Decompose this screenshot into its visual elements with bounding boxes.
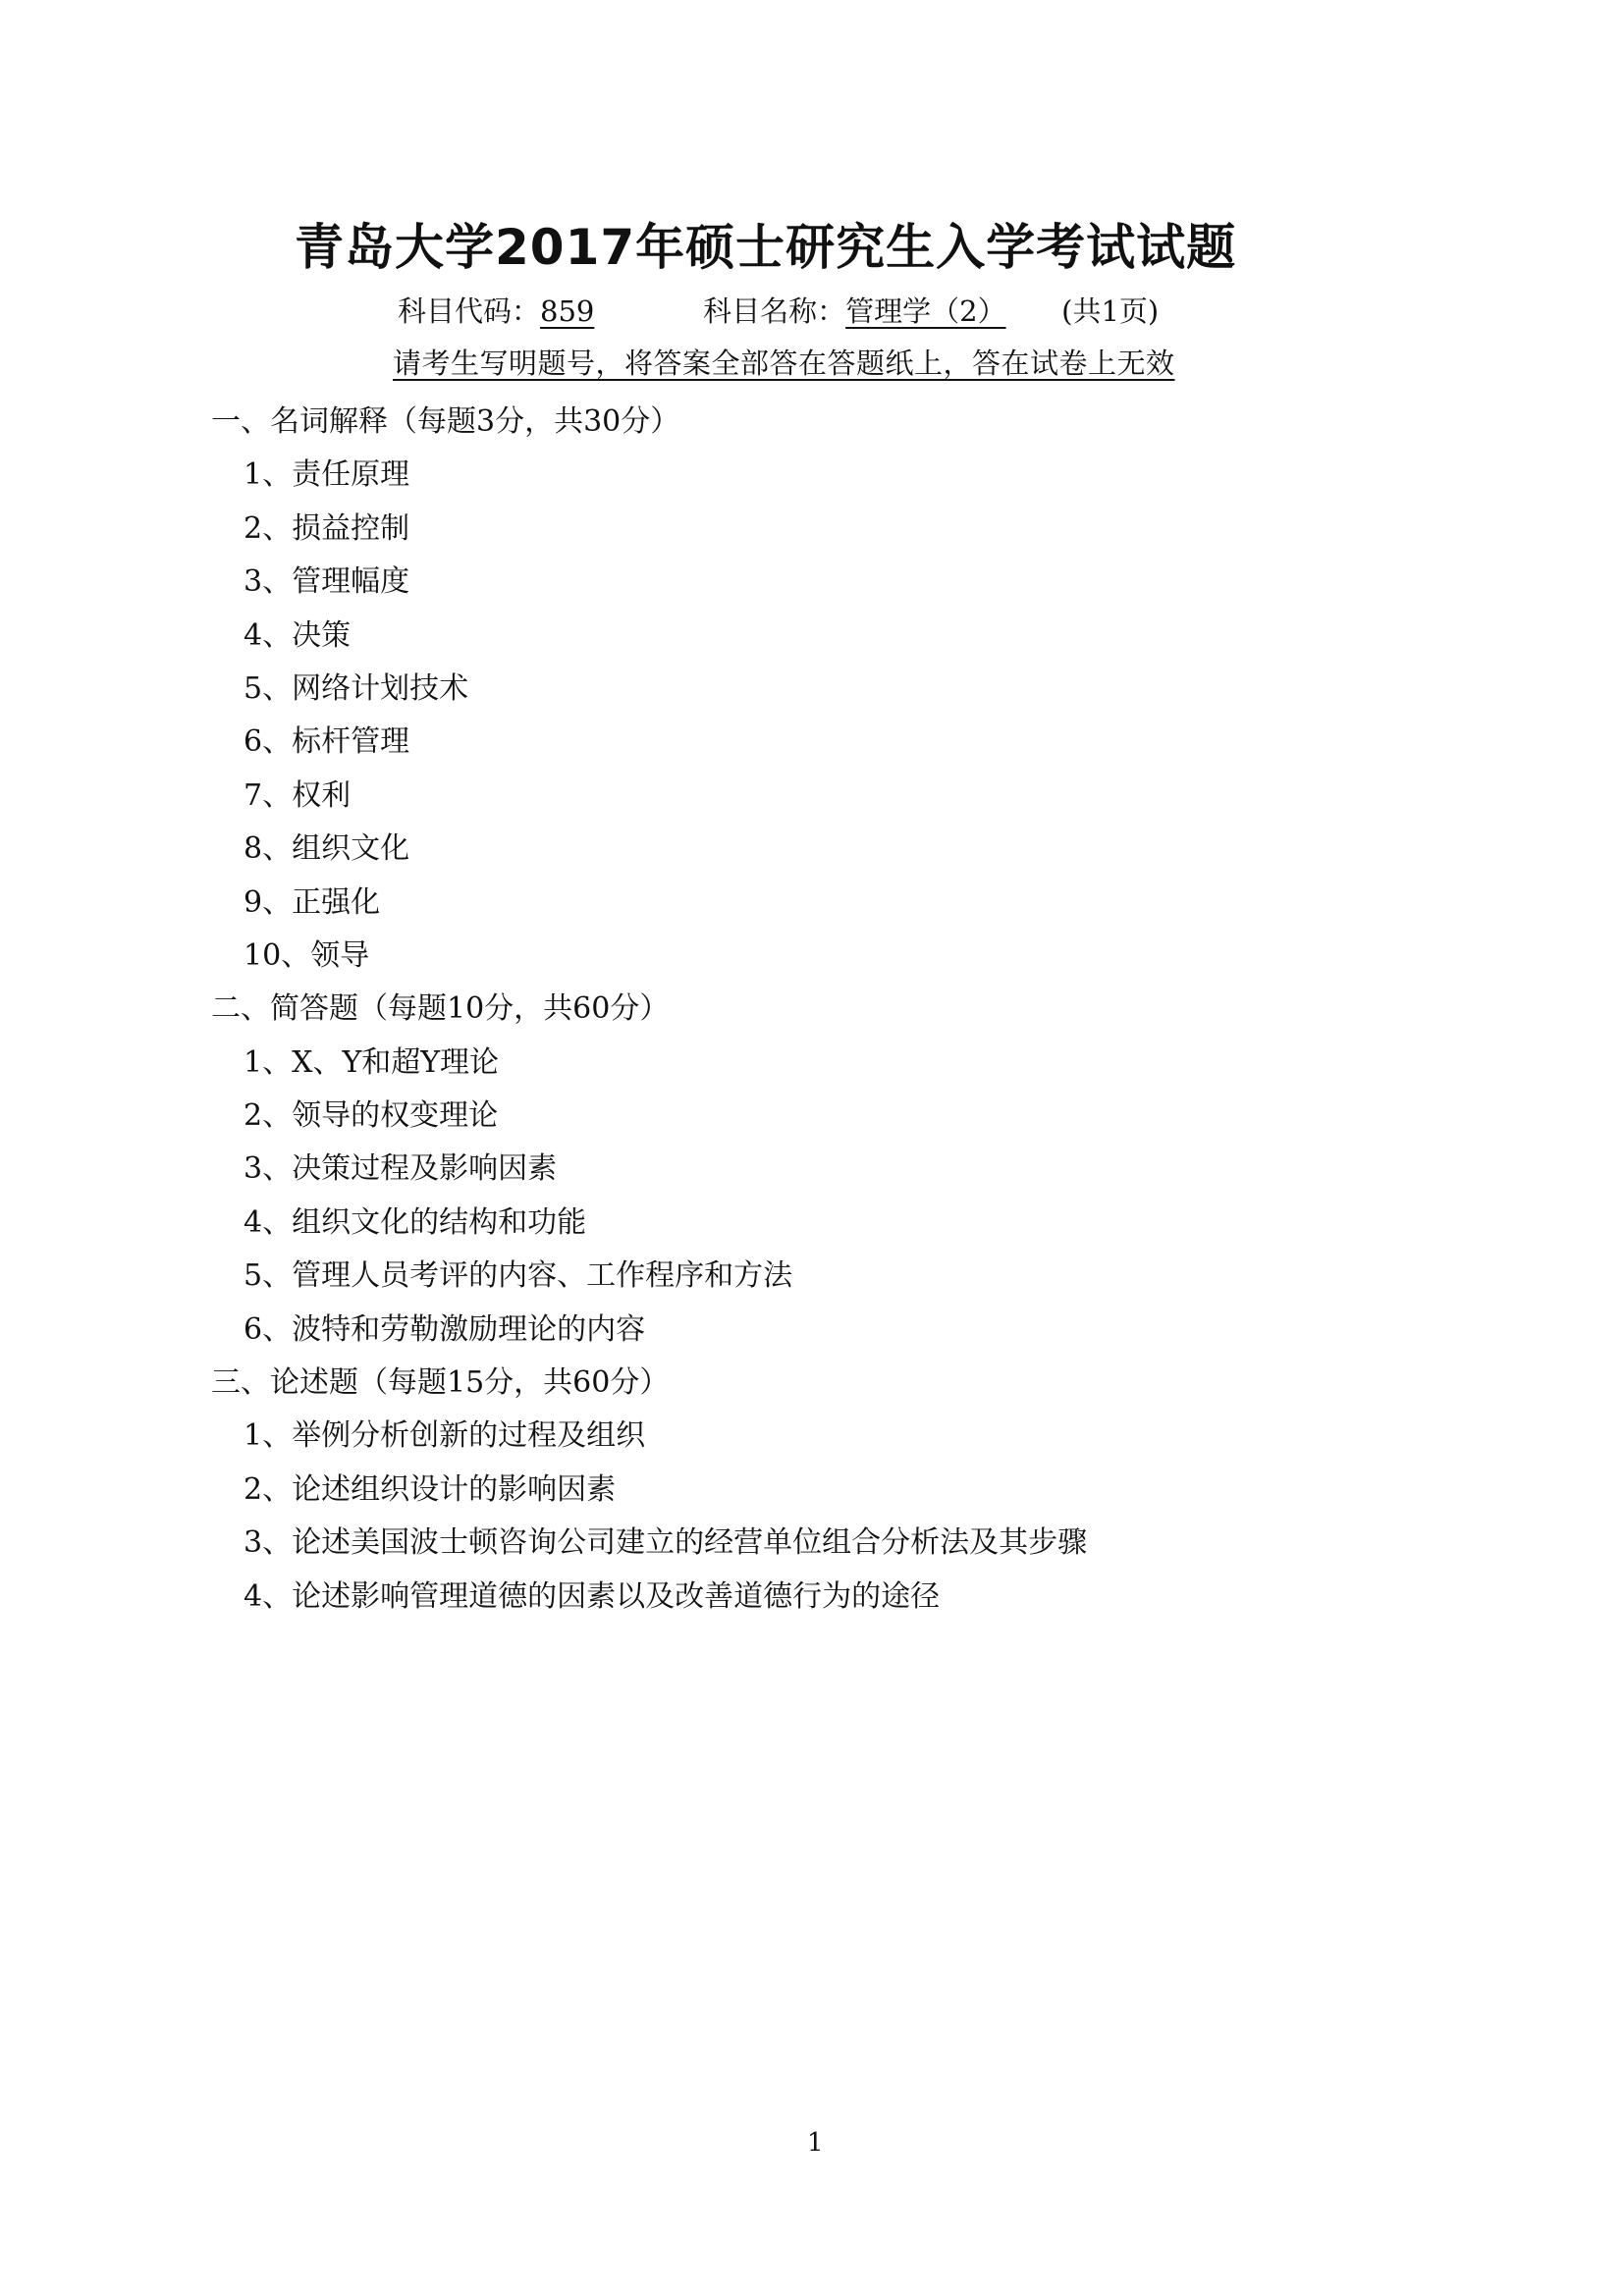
question-item: 1、责任原理 xyxy=(211,449,1087,502)
exam-instruction: 请考生写明题号，将答案全部答在答题纸上，答在试卷上无效 xyxy=(393,342,1175,382)
question-item: 3、管理幅度 xyxy=(211,556,1087,609)
page-number: 1 xyxy=(807,2128,824,2158)
question-item: 1、举例分析创新的过程及组织 xyxy=(211,1410,1087,1463)
question-item: 6、波特和劳勒激励理论的内容 xyxy=(211,1304,1087,1357)
section-heading: 二、简答题（每题10分，共60分） xyxy=(211,983,1087,1036)
question-item: 3、论述美国波士顿咨询公司建立的经营单位组合分析法及其步骤 xyxy=(211,1517,1087,1570)
question-item: 4、决策 xyxy=(211,610,1087,663)
question-item: 2、领导的权变理论 xyxy=(211,1090,1087,1143)
exam-title: 青岛大学2017年硕士研究生入学考试试题 xyxy=(295,208,1236,279)
question-item: 4、论述影响管理道德的因素以及改善道德行为的途径 xyxy=(211,1571,1087,1624)
question-item: 7、权利 xyxy=(211,770,1087,823)
question-item: 5、管理人员考评的内容、工作程序和方法 xyxy=(211,1250,1087,1303)
question-item: 3、决策过程及影响因素 xyxy=(211,1143,1087,1196)
section-heading: 三、论述题（每题15分，共60分） xyxy=(211,1357,1087,1410)
question-item: 1、X、Y和超Y理论 xyxy=(211,1037,1087,1090)
question-item: 5、网络计划技术 xyxy=(211,663,1087,716)
page-count: (共1页) xyxy=(1061,294,1159,328)
question-item: 2、损益控制 xyxy=(211,503,1087,556)
question-item: 4、组织文化的结构和功能 xyxy=(211,1197,1087,1250)
subject-code-label: 科目代码： xyxy=(398,294,540,328)
question-item: 8、组织文化 xyxy=(211,823,1087,876)
question-item: 2、论述组织设计的影响因素 xyxy=(211,1464,1087,1517)
question-item: 10、领导 xyxy=(211,930,1087,983)
subject-info: 科目代码：859 科目名称：管理学（2）(共1页) xyxy=(398,290,1159,330)
subject-name-label: 科目名称： xyxy=(703,294,845,328)
section-heading: 一、名词解释（每题3分，共30分） xyxy=(211,396,1087,449)
question-item: 9、正强化 xyxy=(211,877,1087,930)
subject-name-value: 管理学（2） xyxy=(845,290,1061,330)
subject-code-value: 859 xyxy=(540,294,658,328)
question-item: 6、标杆管理 xyxy=(211,716,1087,769)
question-list: 一、名词解释（每题3分，共30分） 1、责任原理 2、损益控制 3、管理幅度 4… xyxy=(211,396,1087,1624)
